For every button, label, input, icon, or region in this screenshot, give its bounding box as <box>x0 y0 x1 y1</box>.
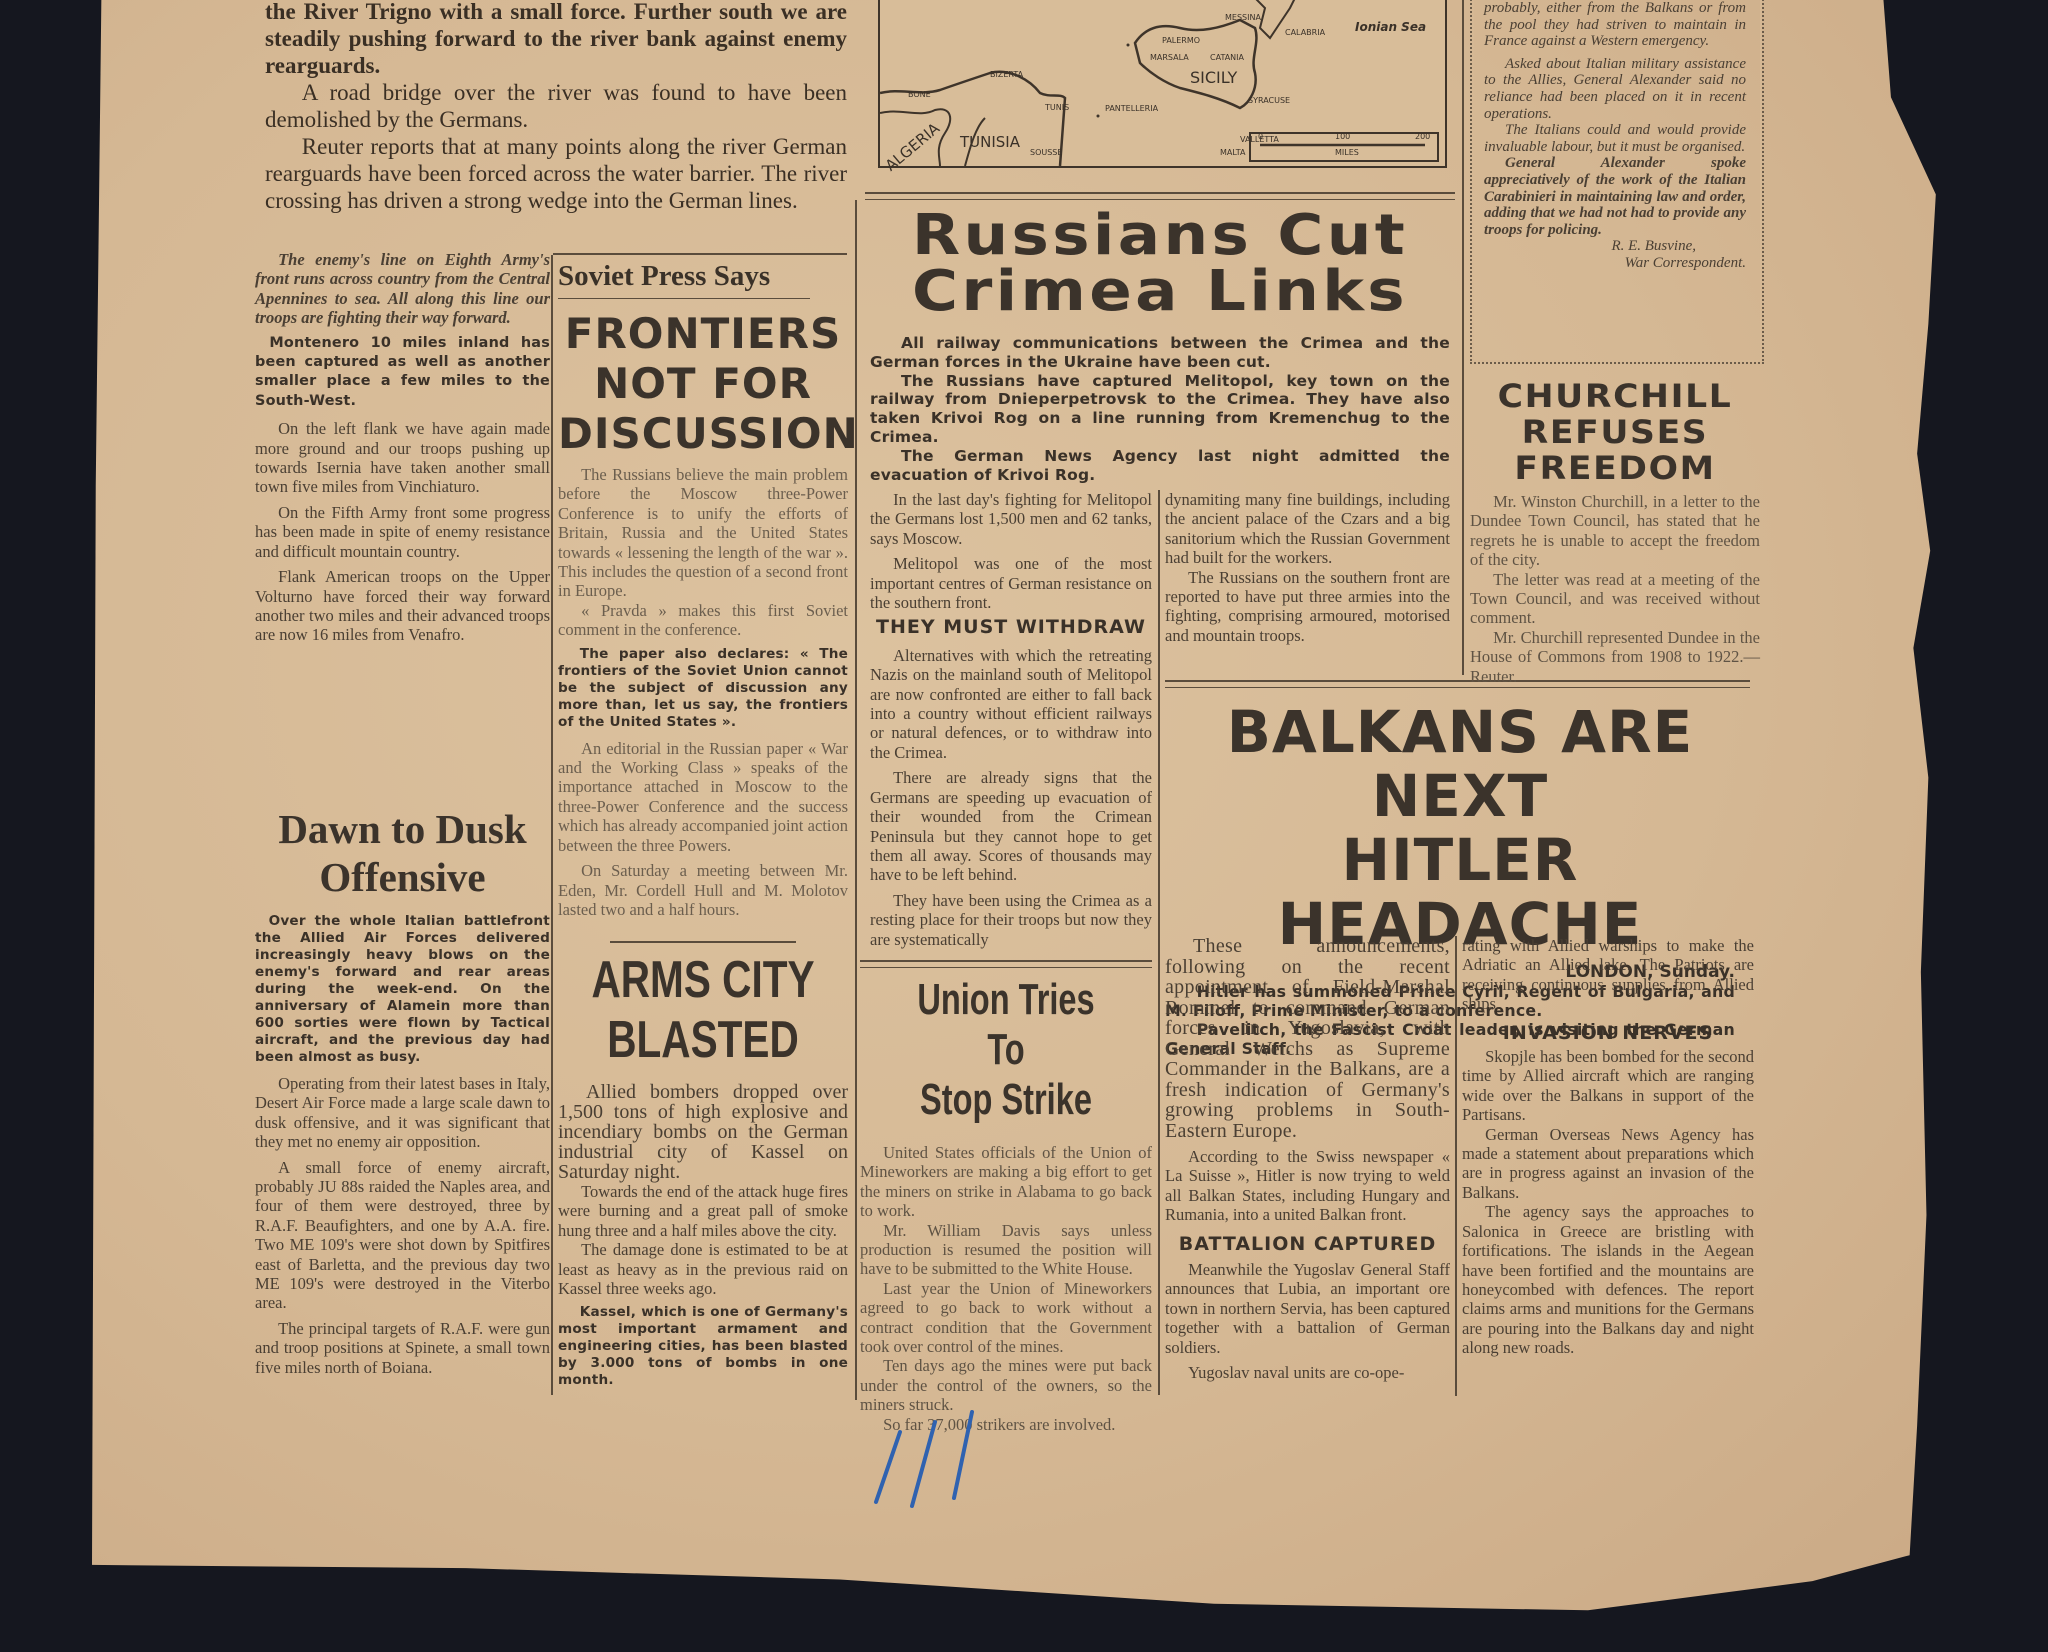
headline-line: Stop Strike <box>920 1075 1092 1124</box>
double-rule <box>865 192 1455 200</box>
subheading: THEY MUST WITHDRAW <box>870 618 1152 637</box>
article-paragraph: The Italians could and would provide inv… <box>1484 122 1746 155</box>
article-paragraph: The enemy's line on Eighth Army's front … <box>255 250 550 328</box>
headline-line: FREEDOM <box>1514 449 1715 487</box>
map-label-tunisia: TUNISIA <box>960 133 1020 151</box>
map-label-sousse: SOUSSE <box>1030 148 1062 157</box>
headline: Dawn to Dusk Offensive <box>255 805 550 901</box>
dawn-to-dusk-article: Dawn to Dusk Offensive Over the whole It… <box>255 805 550 1383</box>
signature-title: War Correspondent. <box>1484 255 1746 272</box>
map-label-malta: MALTA <box>1220 148 1245 157</box>
headline-line: Union Tries To <box>917 975 1094 1074</box>
article-paragraph: A small force of enemy aircraft, probabl… <box>255 1158 550 1313</box>
article-paragraph-bold: The paper also declares: « The frontiers… <box>558 646 848 731</box>
headline: ARMS CITY BLASTED <box>590 950 816 1070</box>
article-paragraph-bold: Montenero 10 miles inland has been captu… <box>255 334 550 412</box>
column-rule <box>1158 490 1160 1395</box>
headline-line: Dawn to Dusk <box>278 806 526 852</box>
top-left-article: the River Trigno with a small force. Fur… <box>265 0 847 214</box>
article-paragraph: The agency says the approaches to Saloni… <box>1462 1202 1754 1357</box>
kicker: Soviet Press Says <box>558 258 810 299</box>
map-scale-tick-0: 0 <box>1258 132 1263 141</box>
headline: FRONTIERS NOT FOR DISCUSSION <box>558 309 848 459</box>
headline-line: ARMS CITY <box>591 951 814 1009</box>
article-paragraph: the River Trigno with a small force. Fur… <box>265 0 847 79</box>
divider <box>610 941 796 943</box>
crimea-column-1: In the last day's fighting for Melitopol… <box>870 490 1152 955</box>
article-paragraph: On the Fifth Army front some progress ha… <box>255 503 550 561</box>
headline-line: CHURCHILL <box>1498 377 1733 415</box>
article-paragraph: dynamiting many fine buildings, includin… <box>1165 490 1450 568</box>
article-paragraph: On Saturday a meeting between Mr. Eden, … <box>558 861 848 919</box>
map-label-tunis: TUNIS <box>1045 103 1069 112</box>
map-label-catania: CATANIA <box>1210 53 1244 62</box>
map-label-syracuse: SYRACUSE <box>1248 96 1290 105</box>
article-paragraph: Alternatives with which the retreating N… <box>870 646 1152 762</box>
article-lede: These announcements, following on the re… <box>1165 936 1450 1141</box>
article-paragraph: Melitopol was one of the most important … <box>870 554 1152 612</box>
subheading: BATTALION CAPTURED <box>1165 1235 1450 1254</box>
busvine-article: probably, either from the Balkans or fro… <box>1484 0 1746 272</box>
churchill-article: CHURCHILL REFUSES FREEDOM Mr. Winston Ch… <box>1470 378 1760 686</box>
crimea-article: Russians Cut Crimea Links All railway co… <box>870 208 1450 484</box>
article-paragraph: Mr. William Davis says unless production… <box>860 1221 1152 1279</box>
union-strike-article: Union Tries To Stop Strike United States… <box>860 975 1152 1434</box>
column-rule <box>855 200 857 1400</box>
map-label-bizerta: BIZERTA <box>990 70 1023 79</box>
article-paragraph: German Overseas News Agency has made a s… <box>1462 1125 1754 1203</box>
handwritten-pen-mark <box>870 1410 1000 1510</box>
article-lede: The Russians have captured Melitopol, ke… <box>870 372 1450 447</box>
article-paragraph: Operating from their latest bases in Ita… <box>255 1074 550 1152</box>
article-paragraph: According to the Swiss newspaper « La Su… <box>1165 1147 1450 1225</box>
divider <box>553 253 847 255</box>
soviet-press-article: Soviet Press Says FRONTIERS NOT FOR DISC… <box>558 258 848 925</box>
article-lede: All railway communications between the C… <box>870 334 1450 372</box>
map-label-messina: MESSINA <box>1225 13 1261 22</box>
arms-city-article: ARMS CITY BLASTED Allied bombers dropped… <box>558 950 848 1395</box>
article-paragraph: The Russians believe the main problem be… <box>558 465 848 601</box>
headline-line: BLASTED <box>607 1011 799 1069</box>
article-paragraph: « Pravda » makes this first Soviet comme… <box>558 601 848 640</box>
headline-line: BALKANS ARE NEXT <box>1227 698 1694 830</box>
headline-line: FRONTIERS <box>565 309 841 358</box>
article-paragraph: Meanwhile the Yugoslav General Staff ann… <box>1165 1260 1450 1357</box>
column-rule <box>1462 0 1464 675</box>
article-paragraph: There are already signs that the Germans… <box>870 768 1152 884</box>
eighth-army-column: The enemy's line on Eighth Army's front … <box>255 250 550 651</box>
article-paragraph: Skopjle has been bombed for the second t… <box>1462 1047 1754 1125</box>
article-paragraph: A road bridge over the river was found t… <box>265 79 847 133</box>
article-paragraph: General Alexander spoke appreciatively o… <box>1484 155 1746 238</box>
article-paragraph: The damage done is estimated to be at le… <box>558 1240 848 1298</box>
map-scale-unit: MILES <box>1335 148 1359 157</box>
article-paragraph: In the last day's fighting for Melitopol… <box>870 490 1152 548</box>
article-paragraph: Reuter reports that at many points along… <box>265 133 847 214</box>
map-label-palermo: PALERMO <box>1162 36 1200 45</box>
map-label-ionian-sea: Ionian Sea <box>1355 20 1426 34</box>
map-label-sicily: SICILY <box>1190 68 1237 87</box>
article-lede: The German News Agency last night admitt… <box>870 447 1450 485</box>
article-paragraph: They have been using the Crimea as a res… <box>870 891 1152 949</box>
article-paragraph: Mr. Winston Churchill, in a letter to th… <box>1470 492 1760 570</box>
signature-name: R. E. Busvine, <box>1484 238 1696 255</box>
article-paragraph: Flank American troops on the Upper Voltu… <box>255 567 550 645</box>
article-paragraph: probably, either from the Balkans or fro… <box>1484 0 1746 50</box>
article-paragraph: The Russians on the southern front are r… <box>1165 568 1450 646</box>
article-lede: Over the whole Italian battlefront the A… <box>255 913 550 1066</box>
article-paragraph: Towards the end of the attack huge fires… <box>558 1182 848 1240</box>
headline: Union Tries To Stop Strike <box>898 975 1114 1125</box>
article-paragraph: Mr. Churchill represented Dundee in the … <box>1470 628 1760 686</box>
article-paragraph: United States officials of the Union of … <box>860 1143 1152 1221</box>
article-paragraph: The letter was read at a meeting of the … <box>1470 570 1760 628</box>
headline-line: DISCUSSION <box>558 409 859 458</box>
article-paragraph: On the left flank we have again made mor… <box>255 419 550 497</box>
headline: Russians Cut Crimea Links <box>869 208 1451 320</box>
article-paragraph: An editorial in the Russian paper « War … <box>558 739 848 855</box>
article-paragraph: The principal targets of R.A.F. were gun… <box>255 1319 550 1377</box>
double-rule <box>860 960 1152 968</box>
column-rule <box>1455 936 1457 1396</box>
map-label-marsala: MARSALA <box>1150 53 1189 62</box>
headline-line: Offensive <box>319 854 485 900</box>
crimea-column-2: dynamiting many fine buildings, includin… <box>1165 490 1450 651</box>
subheading: INVASION NERVES <box>1462 1024 1754 1043</box>
article-paragraph-bold: Kassel, which is one of Germany's most i… <box>558 1304 848 1389</box>
headline: CHURCHILL REFUSES FREEDOM <box>1458 378 1771 486</box>
headline-line: Crimea Links <box>912 259 1408 324</box>
headline-line: NOT FOR <box>594 359 812 408</box>
article-paragraph: Last year the Union of Mineworkers agree… <box>860 1279 1152 1357</box>
article-paragraph: Yugoslav naval units are co-ope- <box>1165 1363 1450 1382</box>
map-label-calabria: CALABRIA <box>1285 28 1325 37</box>
headline-line: REFUSES <box>1522 413 1709 451</box>
map-label-pantelleria: PANTELLERIA <box>1105 104 1158 113</box>
balkans-column-1: These announcements, following on the re… <box>1165 936 1450 1388</box>
map-sicily-tunisia: Ionian Sea SICILY TUNISIA ALGERIA MESSIN… <box>878 0 1447 168</box>
headline: BALKANS ARE NEXT HITLER HEADACHE <box>1165 700 1755 956</box>
column-rule <box>551 255 553 1395</box>
map-label-bone: BONE <box>908 90 931 99</box>
article-paragraph: Ten days ago the mines were put back und… <box>860 1356 1152 1414</box>
article-paragraph: rating with Allied warships to make the … <box>1462 936 1754 1014</box>
article-paragraph: Asked about Italian military assistance … <box>1484 56 1746 122</box>
balkans-column-2: rating with Allied warships to make the … <box>1462 936 1754 1358</box>
map-scale-tick-100: 100 <box>1335 132 1350 141</box>
map-scale-tick-200: 200 <box>1415 132 1430 141</box>
article-lede: Allied bombers dropped over 1,500 tons o… <box>558 1082 848 1182</box>
